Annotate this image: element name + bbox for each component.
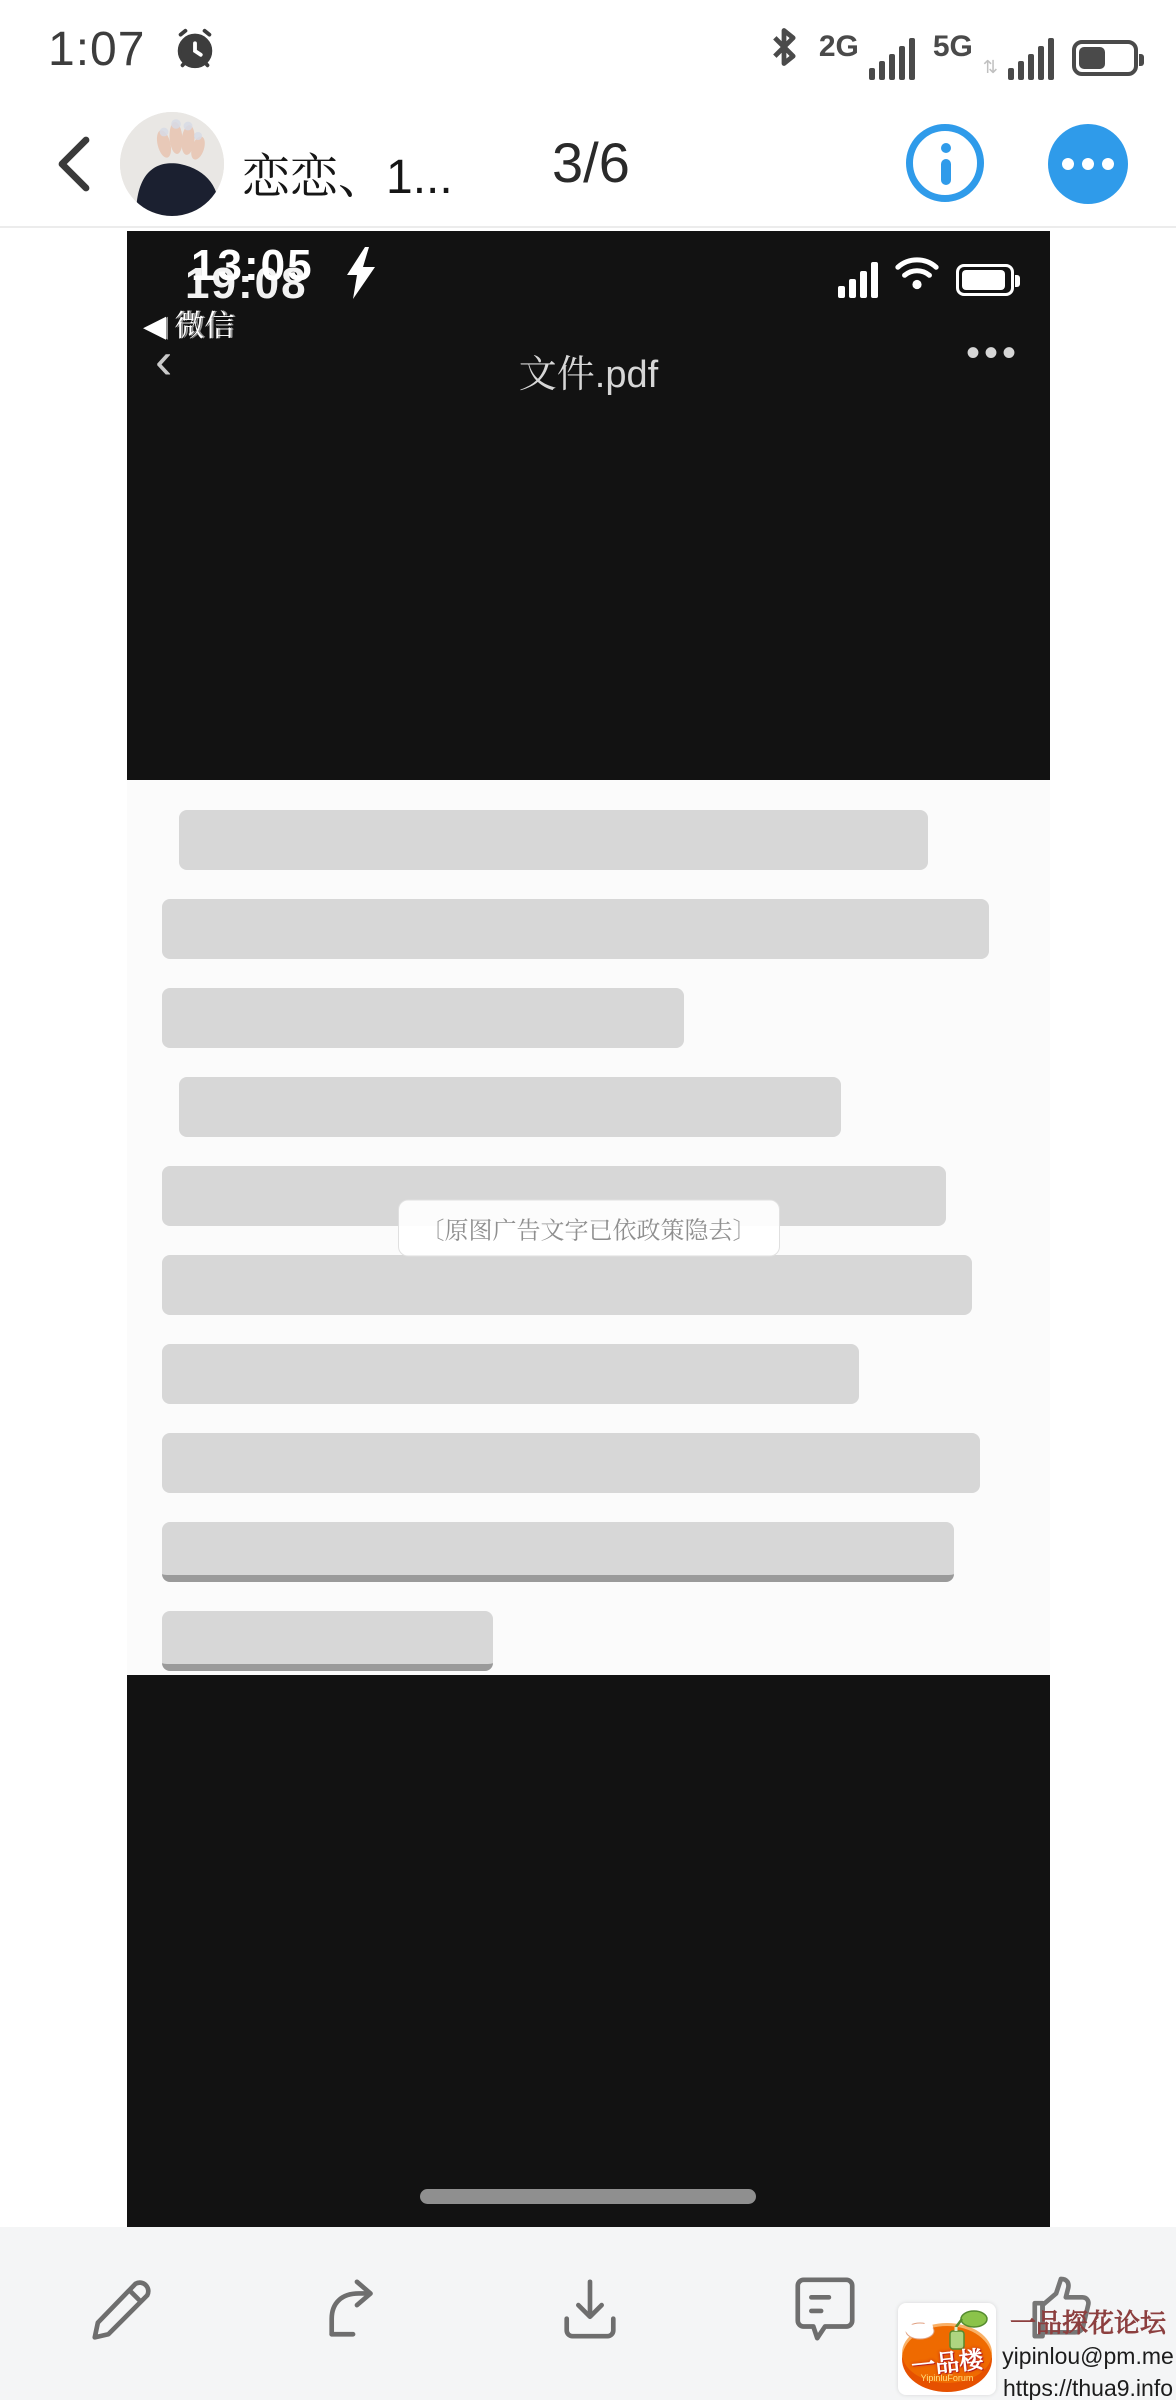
redacted-line — [162, 988, 685, 1048]
watermark-text-block: 一品探花论坛 yipinlou@pm.me https://thua9.info — [998, 2306, 1176, 2400]
redacted-line — [162, 899, 989, 959]
charging-bolt-icon — [341, 245, 381, 306]
redacted-line — [162, 1611, 493, 1671]
watermark-url: https://thua9.info — [998, 2372, 1176, 2400]
document-text-page: 〔原图广告文字已依政策隐去〕 — [127, 780, 1050, 1675]
network-type-label: 2G — [819, 32, 859, 62]
inner-signal-icon — [838, 262, 878, 298]
watermark-email: yipinlou@pm.me — [998, 2340, 1176, 2372]
alarm-icon — [172, 26, 218, 77]
status-bar: 1:07 2G 5G ⇅ — [0, 0, 1176, 100]
battery-icon — [1072, 40, 1138, 76]
photo-counter: 3/6 — [552, 130, 630, 195]
redaction-notice: 〔原图广告文字已依政策隐去〕 — [398, 1199, 780, 1256]
scroll-indicator-bar — [420, 2189, 756, 2204]
redacted-line — [162, 1344, 859, 1404]
cloud-icon — [905, 2322, 934, 2339]
contact-avatar[interactable] — [120, 112, 224, 216]
viewed-photo[interactable]: 19:08 13:05 ◀ 微信 ‹ 文件.pdf ••• 〔原图广告文字已依政… — [127, 231, 1050, 2227]
inner-file-title: 文件.pdf — [127, 343, 1050, 398]
download-button[interactable] — [555, 2267, 625, 2351]
back-button[interactable] — [46, 132, 102, 201]
clock-time: 1:07 — [48, 22, 145, 77]
inner-battery-icon — [956, 264, 1014, 296]
comment-button[interactable] — [790, 2267, 860, 2351]
viewer-header: 恋恋、1... 3/6 — [0, 100, 1176, 228]
redacted-line — [162, 1433, 981, 1493]
inner-more-icon: ••• — [966, 331, 1020, 376]
edit-button[interactable] — [85, 2267, 155, 2351]
redacted-line — [162, 1255, 972, 1315]
signal-sim2: 5G ⇅ — [933, 32, 1054, 80]
info-button[interactable] — [906, 124, 984, 202]
contact-name: 恋恋、1... — [242, 138, 453, 207]
data-arrows-icon: ⇅ — [983, 57, 998, 78]
inner-wifi-icon — [894, 255, 940, 296]
signal-bars-icon — [1008, 34, 1054, 80]
redacted-line — [179, 810, 928, 870]
redacted-line — [179, 1077, 841, 1137]
signal-sim1: 2G — [819, 32, 915, 80]
forum-logo: 一品楼 YipinluForum — [898, 2303, 996, 2395]
more-options-button[interactable] — [1048, 124, 1128, 204]
inner-clock: 13:05 — [191, 241, 314, 291]
watermark-site-name: 一品探花论坛 — [998, 2306, 1176, 2340]
logo-subtext: YipinluForum — [898, 2373, 996, 2383]
network-type-label: 5G — [933, 32, 973, 62]
inner-status-icons — [838, 255, 1014, 298]
share-button[interactable] — [320, 2267, 390, 2351]
signal-bars-icon — [869, 34, 915, 80]
bluetooth-icon — [767, 25, 801, 74]
redacted-line — [162, 1522, 955, 1582]
